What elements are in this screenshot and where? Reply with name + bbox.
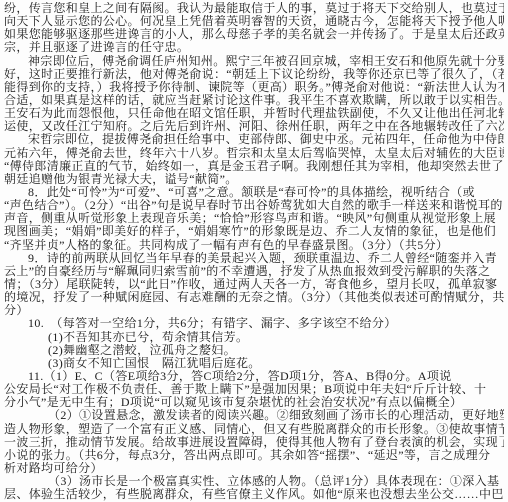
text-line: 如果您能够驱逐那些进谗言的小人，那么母慈子孝的美名就会一并传扬了。于是皇太后还政…	[4, 28, 504, 41]
text-line: 元祐六年，傅尧俞去世，终年六十八岁。哲宗和太皇太后驾临哭悼，太皇太后对辅佐的大臣…	[4, 147, 504, 160]
text-line: 9．诗的前两联从回忆当年早春的美景起兴入题，颈联重温边、乔二人曾经“随銮并入青	[4, 252, 504, 265]
text-line: 小说的张力。（共6分，每点3分，答出两点即可。其余如答“摇摆”、“延迟”等，言之…	[4, 449, 504, 462]
text-line: 10. （每答对一空给1分，共6分；有错字、漏字、多字该空不给分）	[4, 317, 504, 330]
text-line: 宗，并且驱逐了进谗言的任守忠。	[4, 41, 504, 54]
text-line: 分）	[4, 304, 504, 317]
text-line: 向天下人显示您的公心。何况皇上凭借着英明睿智的天资，通晓古今，怎能将天下授予他人…	[4, 15, 504, 28]
text-line: “齐坚并贞”人格的象征。共同构成了一幅有声有色的早春盛景图。（3分）（共5分）	[4, 239, 504, 252]
text-line: 析对路均可给分）	[4, 462, 504, 475]
text-line: （2）①设置悬念，激发读者的阅读兴趣。②细致刻画了汤市长的心理活动，更好地塑	[4, 409, 504, 422]
text-line: 神宗即位后，傅尧俞调任庐州知州。熙宁三年被召回京城，宰相王安石和他原先就十分要	[4, 55, 504, 68]
text-line: 8．此处“可怜”为“可爱”、“可喜”之意。颔联是“春可怜”的具体描绘，视听结合（…	[4, 186, 504, 199]
text-line: 层、体验生活较少，有些脱离群众，有些官僚主义作风。如他“原来也没想去坐公交……中…	[4, 488, 504, 501]
text-line: (2)舞幽壑之潜蛟，泣孤舟之嫠妇。	[4, 344, 504, 357]
text-line: 现图画美；“娟娟”即美好的样子，“娟娟寒竹”的形象既是边、乔二人友情的象征，也是…	[4, 225, 504, 238]
text-line: 分小气”是无中生有；D项说“可以窥见该市复杂堪忧的社会治安状况”有点以偏概全）	[4, 396, 504, 409]
text-line: 云上”的自豪经历与“解珮同归索雪前”的不幸遭遇，抒发了从热血报效到受污解职的失落…	[4, 265, 504, 278]
text-line: “傅侍郎清廉正直的气节，始终如一，真是金玉君子啊。我刚想任其为宰相，他却突然去世…	[4, 160, 504, 173]
text-line: (1)不吾知其亦已兮，苟余情其信芳。	[4, 331, 504, 344]
text-line: 的境况，抒发了一种赋闲庭园、有志难酬的无奈之情。（3分）（其他类似表述可酌情赋分…	[4, 291, 504, 304]
document-page: 纷，传言您和皇上之间有隔阂。我认为最能取信于人的事，莫过于将天下交给别人，也莫过…	[0, 0, 508, 502]
text-line: 王安石为此而怨恨他，只任命他在昭文馆任职，并暂时代理盐铁副使，不久又让他出任河北…	[4, 107, 504, 120]
text-line: 纷，传言您和皇上之间有隔阂。我认为最能取信于人的事，莫过于将天下交给别人，也莫过…	[4, 2, 504, 15]
text-line: 运使，又改任江宁知府。之后先后到许州、河阳、徐州任职，两年之中在各地辗转改任了六…	[4, 120, 504, 133]
text-line: 声音，侧重从听觉形象上表现音乐美；“恰恰”形容鸟声和谐。“映风”句侧重从视觉形象…	[4, 212, 504, 225]
text-line: 一波三折，推动情节发展。给故事进展设置障碍，使得其他人物有了登台表演的机会，实现…	[4, 436, 504, 449]
text-line: 情；（3分）尾联陡转，以“此日”作收，通过两人天各一方，寄食他乡，望月长叹，孤单…	[4, 278, 504, 291]
text-line: 能得到你的支持，）我将授予你待制、谏院等（更高）职务。”傅尧俞对他说：“新法世人…	[4, 81, 504, 94]
text-line: 公安局长“对工作极不负责任、善于欺上瞒下”是强加因果；B项说中年夫妇“斤斤计较、…	[4, 383, 504, 396]
text-line: 宋哲宗即位，提拔傅尧俞担任给事中、吏部侍郎、御史中丞。元祐四年，任命他为中侍郎。	[4, 133, 504, 146]
text-line: “声色结合”）。（2分）“出谷”句是说早春时节出谷娇莺犹如大自然的歌手一样送来和…	[4, 199, 504, 212]
text-line: 造人物形象，塑造了一个富有正义感、同情心，但又有些脱离群众的市长形象。③使故事情…	[4, 423, 504, 436]
text-line: （3）汤市长是一个极富真实性、立体感的人物。（总评1分）具体表现在：①深入基	[4, 475, 504, 488]
document-body: 纷，传言您和皇上之间有隔阂。我认为最能取信于人的事，莫过于将天下交给别人，也莫过…	[4, 2, 504, 501]
text-line: 11.（1）E、C（答E项给3分，答C项给2分，答D项1分，答A、B得0分。A项…	[4, 370, 504, 383]
text-line: 好，这时正要推行新法，他对傅尧俞说：“朝廷上下议论纷纷，我等你还京已等了很久了，…	[4, 68, 504, 81]
text-line: (3)商女不知亡国恨 隔江犹唱后庭花。	[4, 357, 504, 370]
text-line: 合适，如果真是这样的话，就应当赶紧讨论这件事。我平生不喜欢欺瞒，所以敢于以实相告…	[4, 94, 504, 107]
text-line: 朝廷追赠他为银青光禄大夫，谥号“献简”。	[4, 173, 504, 186]
